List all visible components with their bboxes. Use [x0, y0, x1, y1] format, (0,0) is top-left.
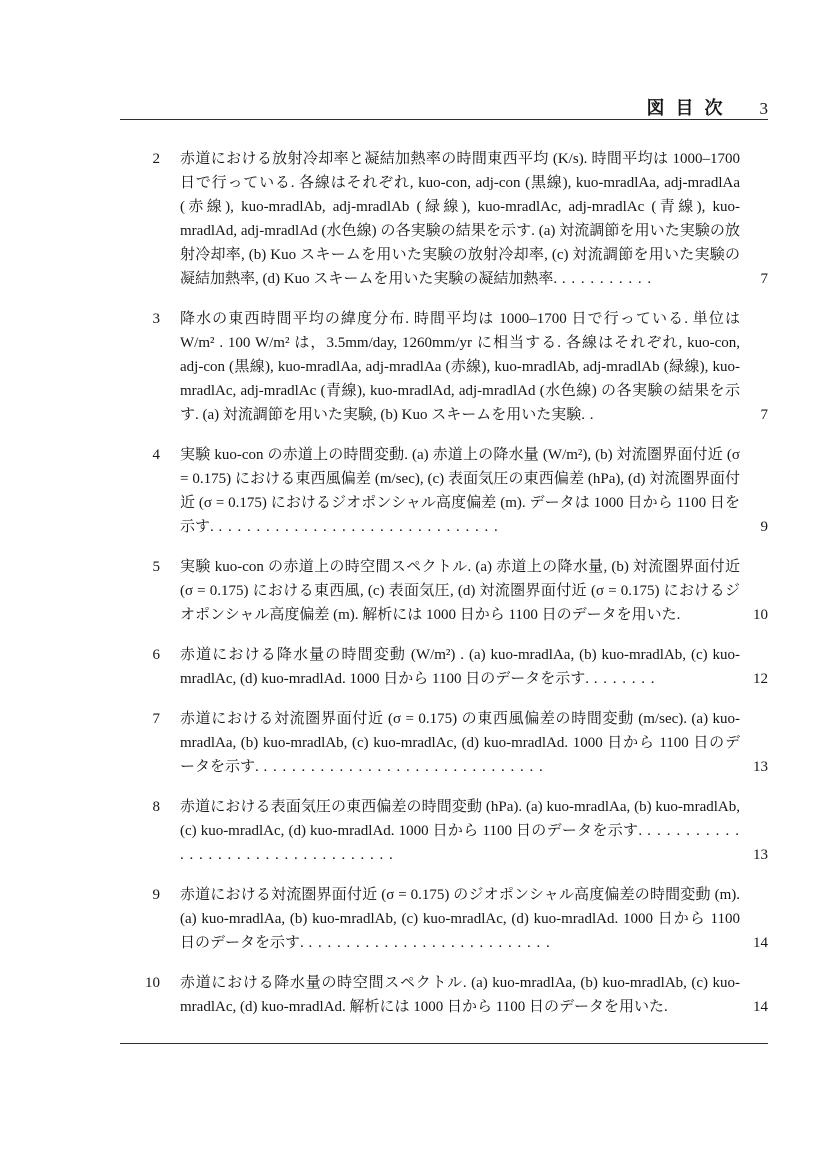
figure-caption: 赤道における放射冷却率と凝結加熱率の時間東西平均 (K/s). 時間平均は 10…	[180, 151, 740, 287]
figure-entry: 4 実験 kuo-con の赤道上の時間変動. (a) 赤道上の降水量 (W/m…	[120, 443, 768, 539]
figure-entry: 5 実験 kuo-con の赤道上の時空間スペクトル. (a) 赤道上の降水量,…	[120, 555, 768, 627]
foot-rule	[120, 1043, 768, 1044]
figure-caption-block: 赤道における降水量の時間変動 (W/m²) . (a) kuo-mradlAa,…	[180, 643, 768, 691]
figure-caption-block: 赤道における対流圏界面付近 (σ = 0.175) のジオポンシャル高度偏差の時…	[180, 883, 768, 955]
page-ref: 7	[761, 403, 769, 427]
header-page-number: 3	[760, 99, 769, 119]
figure-number: 3	[120, 307, 160, 427]
figure-caption-block: 降水の東西時間平均の緯度分布. 時間平均は 1000–1700 日で行っている.…	[180, 307, 768, 427]
figure-number: 5	[120, 555, 160, 627]
page-ref: 14	[753, 995, 768, 1019]
figure-entry: 2 赤道における放射冷却率と凝結加熱率の時間東西平均 (K/s). 時間平均は …	[120, 147, 768, 291]
figure-number: 7	[120, 707, 160, 779]
dot-leader: . . . . . . .	[589, 671, 656, 687]
figure-caption-block: 赤道における放射冷却率と凝結加熱率の時間東西平均 (K/s). 時間平均は 10…	[180, 147, 768, 291]
dot-leader: . . . . . . . . . .	[557, 271, 652, 287]
page-ref: 12	[753, 667, 768, 691]
figure-number: 2	[120, 147, 160, 291]
dot-leader: . . . . . . . . . . . . . . . . . . . . …	[214, 519, 499, 535]
dot-leader: . . . . . . . . . . . . . . . . . . . . …	[304, 935, 551, 951]
figure-caption: 降水の東西時間平均の緯度分布. 時間平均は 1000–1700 日で行っている.…	[180, 311, 740, 423]
figure-entry: 3 降水の東西時間平均の緯度分布. 時間平均は 1000–1700 日で行ってい…	[120, 307, 768, 427]
figure-entry: 9 赤道における対流圏界面付近 (σ = 0.175) のジオポンシャル高度偏差…	[120, 883, 768, 955]
document-page: 図 目 次 3 2 赤道における放射冷却率と凝結加熱率の時間東西平均 (K/s)…	[0, 0, 826, 1169]
figure-caption-block: 赤道における表面気圧の東西偏差の時間変動 (hPa). (a) kuo-mrad…	[180, 795, 768, 867]
dot-leader: . . . . . . . . . . . . . . . . . . . . …	[259, 759, 544, 775]
figure-caption: 赤道における降水量の時空間スペクトル. (a) kuo-mradlAa, (b)…	[180, 975, 740, 1015]
figure-caption-block: 赤道における対流圏界面付近 (σ = 0.175) の東西風偏差の時間変動 (m…	[180, 707, 768, 779]
page-ref: 7	[761, 267, 769, 291]
figure-caption-block: 実験 kuo-con の赤道上の時間変動. (a) 赤道上の降水量 (W/m²)…	[180, 443, 768, 539]
page-header: 図 目 次 3	[120, 94, 768, 120]
header-title: 図 目 次	[646, 94, 725, 120]
figure-number: 4	[120, 443, 160, 539]
figure-number: 9	[120, 883, 160, 955]
figure-entry: 7 赤道における対流圏界面付近 (σ = 0.175) の東西風偏差の時間変動 …	[120, 707, 768, 779]
figure-caption: 実験 kuo-con の赤道上の時空間スペクトル. (a) 赤道上の降水量, (…	[180, 559, 740, 623]
page-ref: 9	[761, 515, 769, 539]
figure-number: 10	[120, 971, 160, 1019]
page-ref: 10	[753, 603, 768, 627]
figure-list: 2 赤道における放射冷却率と凝結加熱率の時間東西平均 (K/s). 時間平均は …	[120, 147, 768, 1035]
figure-caption: 赤道における降水量の時間変動 (W/m²) . (a) kuo-mradlAa,…	[180, 647, 740, 687]
head-rule	[120, 119, 768, 120]
figure-entry: 8 赤道における表面気圧の東西偏差の時間変動 (hPa). (a) kuo-mr…	[120, 795, 768, 867]
figure-number: 8	[120, 795, 160, 867]
page-ref: 14	[753, 931, 768, 955]
figure-number: 6	[120, 643, 160, 691]
figure-entry: 10 赤道における降水量の時空間スペクトル. (a) kuo-mradlAa, …	[120, 971, 768, 1019]
page-ref: 13	[753, 843, 768, 867]
figure-caption-block: 赤道における降水量の時空間スペクトル. (a) kuo-mradlAa, (b)…	[180, 971, 768, 1019]
dot-leader: .	[585, 407, 595, 423]
figure-caption-block: 実験 kuo-con の赤道上の時空間スペクトル. (a) 赤道上の降水量, (…	[180, 555, 768, 627]
page-ref: 13	[753, 755, 768, 779]
figure-entry: 6 赤道における降水量の時間変動 (W/m²) . (a) kuo-mradlA…	[120, 643, 768, 691]
